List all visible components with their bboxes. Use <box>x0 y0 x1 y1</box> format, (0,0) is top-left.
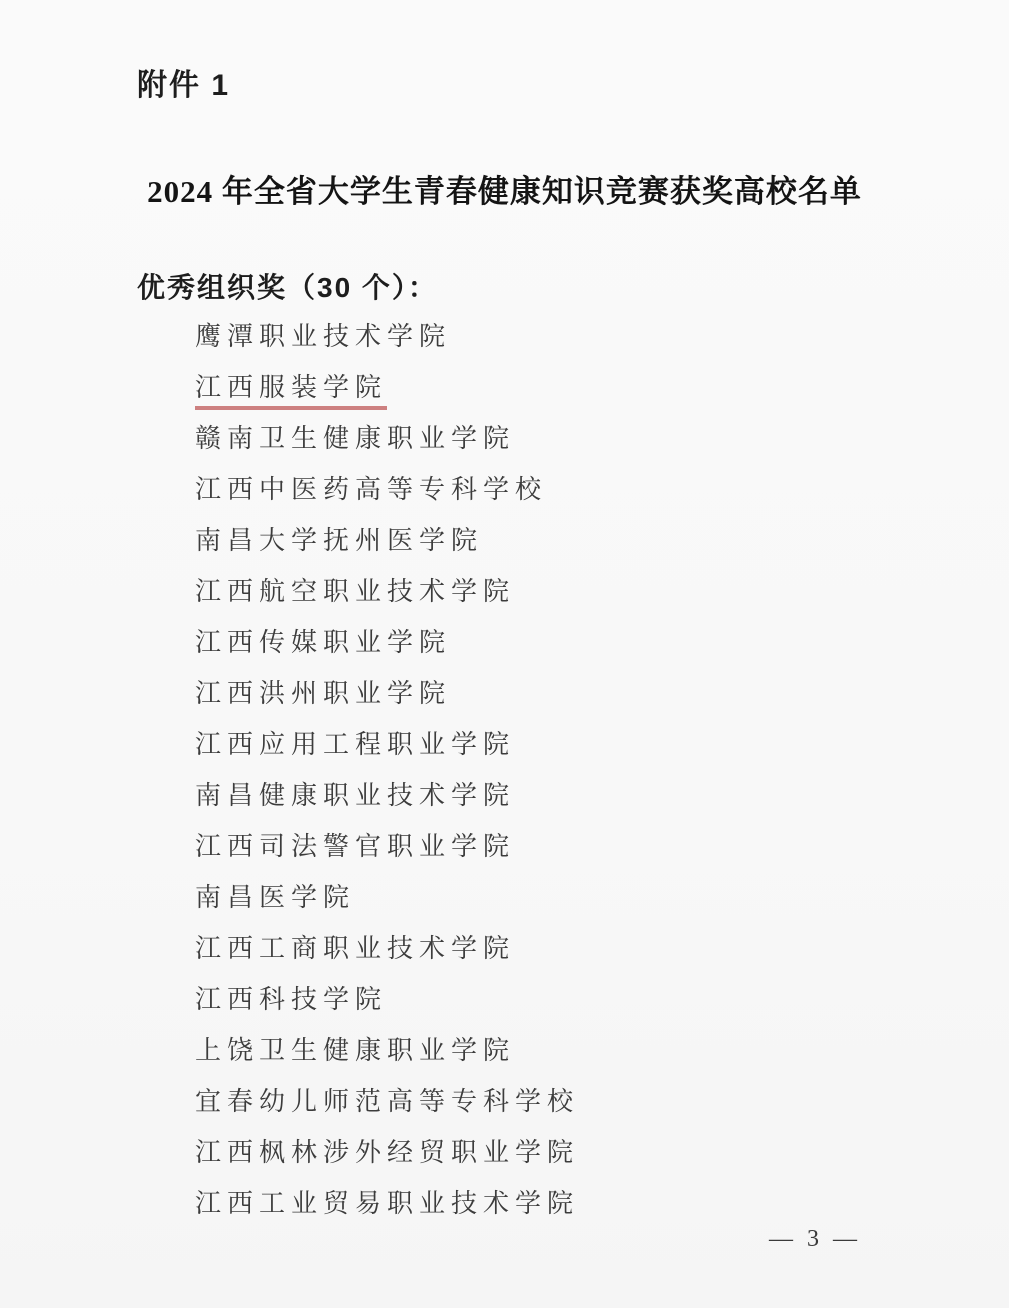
award-list-item: 江西枫林涉外经贸职业学院 <box>195 1138 895 1189</box>
document-title: 2024 年全省大学生青春健康知识竞赛获奖高校名单 <box>0 166 1009 211</box>
award-list-item: 江西传媒职业学院 <box>195 628 895 679</box>
award-list-item: 南昌健康职业技术学院 <box>195 781 895 832</box>
school-name: 上饶卫生健康职业学院 <box>195 1036 515 1066</box>
school-name: 江西传媒职业学院 <box>195 628 451 658</box>
school-name: 江西科技学院 <box>195 985 387 1015</box>
school-name: 江西洪州职业学院 <box>195 679 451 709</box>
award-list-item: 赣南卫生健康职业学院 <box>195 424 895 475</box>
school-name: 江西中医药高等专科学校 <box>195 475 547 505</box>
award-list-item: 江西中医药高等专科学校 <box>195 475 895 526</box>
school-name: 江西枫林涉外经贸职业学院 <box>195 1138 579 1168</box>
school-name: 江西航空职业技术学院 <box>195 577 515 607</box>
school-name: 南昌大学抚州医学院 <box>195 526 483 556</box>
award-list: 鹰潭职业技术学院 江西服装学院 赣南卫生健康职业学院 江西中医药高等专科学校 南… <box>195 322 895 1240</box>
school-name: 江西司法警官职业学院 <box>195 832 515 862</box>
award-list-item: 鹰潭职业技术学院 <box>195 322 895 373</box>
page-number: — 3 — <box>769 1226 861 1253</box>
school-name: 赣南卫生健康职业学院 <box>195 424 515 454</box>
school-name: 江西应用工程职业学院 <box>195 730 515 760</box>
award-list-item: 宜春幼儿师范高等专科学校 <box>195 1087 895 1138</box>
section-heading: 优秀组织奖（30 个）： <box>137 266 438 306</box>
award-list-item: 江西洪州职业学院 <box>195 679 895 730</box>
attachment-label: 附件 1 <box>137 60 230 104</box>
award-list-item-highlighted: 江西服装学院 <box>195 373 895 424</box>
school-name: 宜春幼儿师范高等专科学校 <box>195 1087 579 1117</box>
award-list-item: 江西应用工程职业学院 <box>195 730 895 781</box>
school-name: 江西工商职业技术学院 <box>195 934 515 964</box>
school-name-red-underline: 江西服装学院 <box>195 373 387 410</box>
award-list-item: 江西航空职业技术学院 <box>195 577 895 628</box>
school-name: 江西工业贸易职业技术学院 <box>195 1189 579 1219</box>
school-name: 南昌医学院 <box>195 883 355 913</box>
award-list-item: 江西科技学院 <box>195 985 895 1036</box>
award-list-item: 南昌大学抚州医学院 <box>195 526 895 577</box>
award-list-item: 江西司法警官职业学院 <box>195 832 895 883</box>
award-list-item: 上饶卫生健康职业学院 <box>195 1036 895 1087</box>
award-list-item: 南昌医学院 <box>195 883 895 934</box>
school-name: 南昌健康职业技术学院 <box>195 781 515 811</box>
award-list-item: 江西工商职业技术学院 <box>195 934 895 985</box>
document-page: 附件 1 2024 年全省大学生青春健康知识竞赛获奖高校名单 优秀组织奖（30 … <box>0 0 1009 1308</box>
school-name: 鹰潭职业技术学院 <box>195 322 451 352</box>
